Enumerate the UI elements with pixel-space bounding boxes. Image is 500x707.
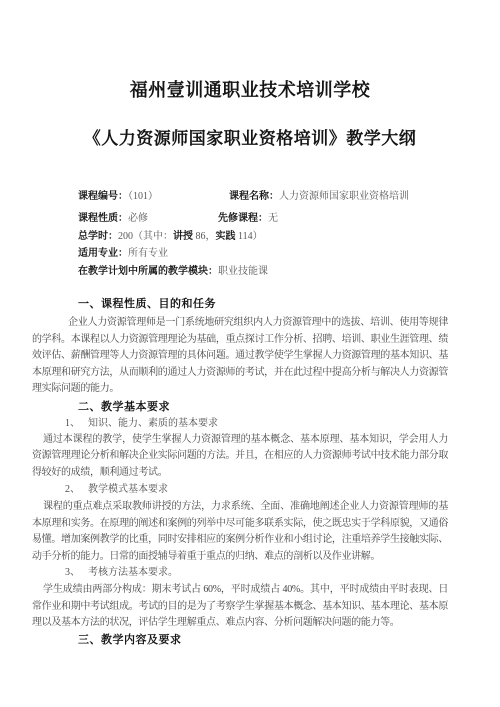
course-name-label: 课程名称： [229,191,279,202]
course-number-value: （101） [128,191,158,202]
document-page: 福州壹训通职业技术培训学校 《人力资源师国家职业资格培训》教学大纲 课程编号：（… [0,0,500,707]
total-hours-value: 200（其中： [118,231,173,242]
course-number-label: 课程编号： [78,191,128,202]
subsection-3-text: 考核方法基本要求。 [88,567,178,578]
course-type-row: 课程性质：必修先修课程：无 [78,212,448,226]
teaching-module-value: 职业技能课 [218,266,268,277]
lecture-hours-label: 讲授 [173,231,193,242]
total-hours-label: 总学时： [78,231,118,242]
subsection-3-title: 3、考核方法基本要求。 [32,566,448,580]
subsection-2-paragraph: 课程的重点难点采取教师讲授的方法，力求系统、全面、准确地阐述企业人力资源管理师的… [32,499,448,565]
lecture-hours-value: 86， [193,231,216,242]
section-2-heading: 二、教学基本要求 [32,400,448,414]
applicable-major-label: 适用专业： [78,248,128,259]
practice-hours-value: 114） [236,231,263,242]
subsection-2-title: 2、教学模式基本要求 [32,483,448,497]
practice-hours-label: 实践 [216,231,236,242]
subsection-1-number: 1、 [65,417,80,431]
subsection-1-title: 1、知识、能力、素质的基本要求 [32,417,448,431]
subsection-2-number: 2、 [65,483,80,497]
course-type-group: 课程性质：必修 [78,212,218,226]
section-3-heading: 三、教学内容及要求 [32,633,448,647]
section-1-paragraph: 企业人力资源管理师是一门系统地研究组织内人力资源管理中的选拔、培训、使用等规律的… [32,315,448,398]
document-body: 课程编号：（101）课程名称：人力资源师国家职业资格培训 课程性质：必修先修课程… [32,190,448,647]
subsection-3-paragraph: 学生成绩由两部分构成：期末考试占 60%，平时成绩占 40%。其中，平时成绩由平… [32,582,448,632]
course-type-label: 课程性质： [78,213,128,224]
prerequisite-label: 先修课程： [218,213,268,224]
course-type-value: 必修 [128,213,148,224]
school-title: 福州壹训通职业技术培训学校 [0,80,500,101]
syllabus-title: 《人力资源师国家职业资格培训》教学大纲 [0,129,500,149]
course-name-value: 人力资源师国家职业资格培训 [279,191,409,202]
total-hours-row: 总学时：200（其中：讲授 86，实践 114） [78,230,448,244]
course-number-row: 课程编号：（101）课程名称：人力资源师国家职业资格培训 [78,190,448,204]
section-1-heading: 一、课程性质、目的和任务 [32,297,448,311]
applicable-major-row: 适用专业：所有专业 [78,247,448,261]
course-number-group: 课程编号：（101） [78,190,229,204]
applicable-major-value: 所有专业 [128,248,168,259]
teaching-module-label: 在教学计划中所属的教学模块： [78,266,218,277]
subsection-3-number: 3、 [65,566,80,580]
course-info-block: 课程编号：（101）课程名称：人力资源师国家职业资格培训 课程性质：必修先修课程… [32,190,448,279]
subsection-1-paragraph: 通过本课程的教学，使学生掌握人力资源管理的基本概念、基本原理、基本知识，学会用人… [32,432,448,482]
teaching-module-row: 在教学计划中所属的教学模块：职业技能课 [78,265,448,279]
prerequisite-value: 无 [268,213,278,224]
subsection-1-text: 知识、能力、素质的基本要求 [88,418,218,429]
subsection-2-text: 教学模式基本要求 [88,484,168,495]
